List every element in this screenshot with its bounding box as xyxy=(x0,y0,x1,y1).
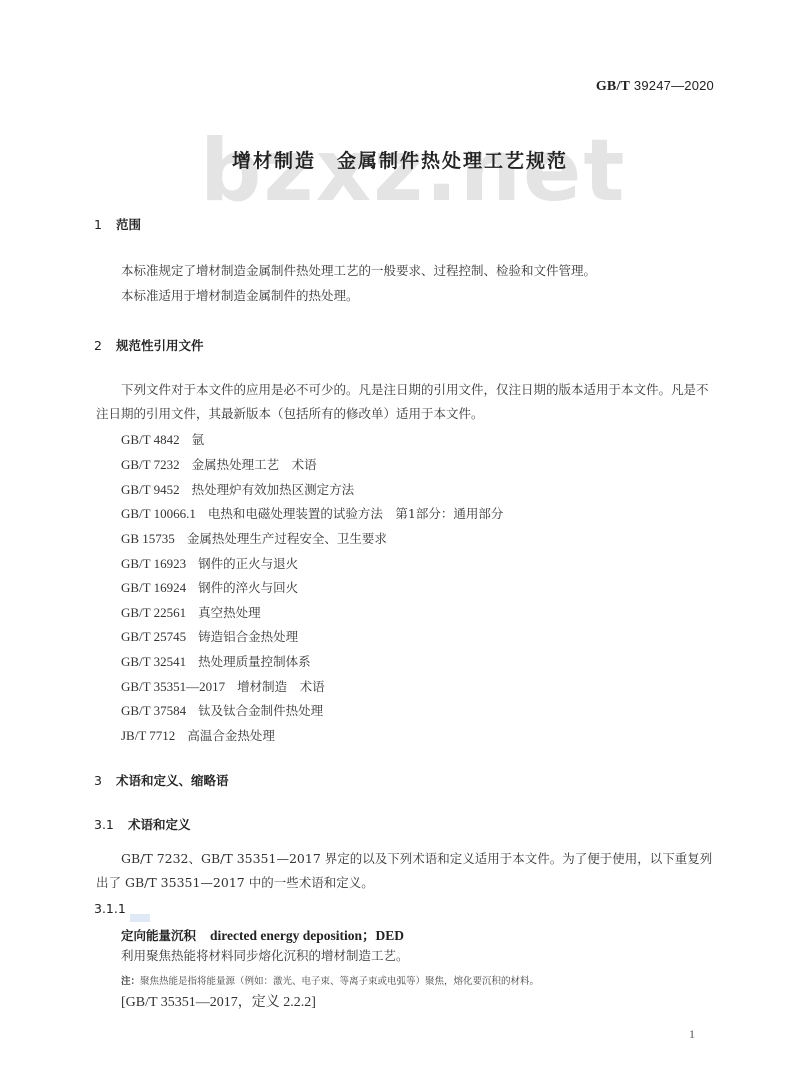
reference-item: GB/T 10066.1电热和电磁处理装置的试验方法 第1部分：通用部分 xyxy=(121,504,503,522)
reference-item: GB/T 22561真空热处理 xyxy=(121,603,261,621)
term-source: [GB/T 35351—2017，定义 2.2.2] xyxy=(121,991,316,1011)
section-3-1-intro: GB/T 7232、GB/T 35351—2017 界定的以及下列术语和定义适用… xyxy=(96,847,716,895)
section-2-heading: 2规范性引用文件 xyxy=(94,336,204,354)
standard-code: GB/T 39247—2020 xyxy=(596,78,714,95)
reference-item: GB/T 32541热处理质量控制体系 xyxy=(121,652,311,670)
page-number: 1 xyxy=(689,1027,695,1042)
reference-item: GB/T 9452热处理炉有效加热区测定方法 xyxy=(121,480,354,498)
term-chinese: 定向能量沉积 xyxy=(121,928,196,943)
reference-item: GB/T 4842氩 xyxy=(121,430,204,448)
reference-item: GB/T 16923钢件的正火与退火 xyxy=(121,554,298,572)
section-2-intro: 下列文件对于本文件的应用是必不可少的。凡是注日期的引用文件，仅注日期的版本适用于… xyxy=(96,378,716,426)
section-3-1-heading: 3.1术语和定义 xyxy=(94,815,191,833)
reference-item: GB/T 25745铸造铝合金热处理 xyxy=(121,627,298,645)
reference-item: GB/T 7232金属热处理工艺 术语 xyxy=(121,455,317,473)
term-note: 注：聚焦热能是指将能量源（例如：激光、电子束、等离子束或电弧等）聚焦，熔化要沉积… xyxy=(121,973,539,987)
document-title: 增材制造 金属制件热处理工艺规范 xyxy=(0,146,800,173)
reference-item: GB/T 16924钢件的淬火与回火 xyxy=(121,578,298,596)
clause-number: 3.1.1 xyxy=(94,901,126,916)
reference-item: GB/T 35351—2017增材制造 术语 xyxy=(121,677,325,695)
term-entry: 定向能量沉积directed energy deposition；DED xyxy=(121,924,404,944)
note-text: 聚焦热能是指将能量源（例如：激光、电子束、等离子束或电弧等）聚焦，熔化要沉积的材… xyxy=(140,976,539,987)
section-1-paragraph: 本标准规定了增材制造金属制件热处理工艺的一般要求、过程控制、检验和文件管理。 xyxy=(96,259,716,283)
section-1-heading: 1范围 xyxy=(94,215,141,233)
highlight-mark xyxy=(130,914,150,922)
section-3-heading: 3术语和定义、缩略语 xyxy=(94,771,229,789)
reference-item: GB 15735金属热处理生产过程安全、卫生要求 xyxy=(121,529,387,547)
reference-item: GB/T 37584钛及钛合金制件热处理 xyxy=(121,701,323,719)
term-english: directed energy deposition；DED xyxy=(210,928,404,943)
standard-number: 39247—2020 xyxy=(634,78,714,93)
standard-prefix: GB/T xyxy=(596,79,630,94)
section-1-paragraph: 本标准适用于增材制造金属制件的热处理。 xyxy=(96,284,716,308)
reference-item: JB/T 7712高温合金热处理 xyxy=(121,726,275,744)
note-label: 注： xyxy=(121,976,140,987)
term-definition: 利用聚焦热能将材料同步熔化沉积的增材制造工艺。 xyxy=(121,946,409,964)
